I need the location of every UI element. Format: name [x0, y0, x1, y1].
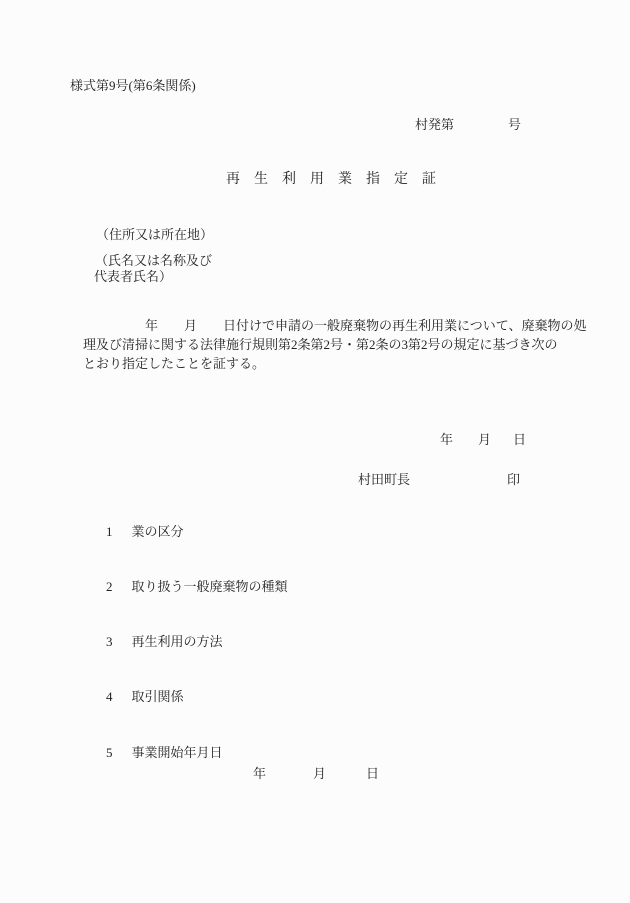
issue-number-suffix: 号 — [508, 116, 521, 133]
seal-placeholder: 印 — [507, 471, 520, 488]
page-title: 再 生 利 用 業 指 定 証 — [226, 171, 436, 189]
body-line-2: 理及び清掃に関する法律施行規則第2条第2号・第2条の3第2号の規定に基づき次の — [83, 335, 569, 354]
item-label: 取引関係 — [132, 689, 184, 704]
start-date-year-label: 年 — [253, 765, 266, 782]
body-paragraph: 年 月 日付けで申請の一般廃棄物の再生利用業について、廃棄物の処 理及び清掃に関… — [83, 316, 569, 373]
recipient-name-label-line2: 代表者氏名） — [94, 268, 172, 285]
item-label: 再生利用の方法 — [132, 634, 223, 649]
issue-date-month-label: 月 — [478, 431, 491, 448]
start-date-day-label: 日 — [366, 765, 379, 782]
item-number: 5 — [106, 745, 113, 760]
item-label: 事業開始年月日 — [132, 745, 223, 760]
issue-date-day-label: 日 — [513, 431, 526, 448]
body-line-1: 年 月 日付けで申請の一般廃棄物の再生利用業について、廃棄物の処 — [83, 316, 569, 335]
item-number: 4 — [106, 689, 113, 704]
list-item: 4取引関係 — [93, 671, 184, 722]
issuer-name: 村田町長 — [358, 471, 410, 488]
item-number: 2 — [106, 579, 113, 594]
issue-number-prefix: 村発第 — [415, 116, 454, 133]
body-line-3: とおり指定したことを証する。 — [83, 354, 569, 373]
form-number: 様式第9号(第6条関係) — [70, 77, 196, 94]
recipient-address-label: （住所又は所在地） — [96, 226, 213, 243]
item-label: 取り扱う一般廃棄物の種類 — [132, 579, 288, 594]
start-date-month-label: 月 — [313, 765, 326, 782]
recipient-name-label-line1: （氏名又は名称及び — [95, 252, 212, 269]
item-label: 業の区分 — [132, 524, 184, 539]
item-number: 3 — [106, 634, 113, 649]
list-item: 5事業開始年月日 — [93, 727, 223, 778]
list-item: 3再生利用の方法 — [93, 616, 223, 667]
item-number: 1 — [106, 524, 113, 539]
issue-date-year-label: 年 — [440, 431, 453, 448]
list-item: 1業の区分 — [93, 506, 184, 557]
list-item: 2取り扱う一般廃棄物の種類 — [93, 561, 288, 612]
certificate-page: 様式第9号(第6条関係) 村発第 号 再 生 利 用 業 指 定 証 （住所又は… — [0, 0, 630, 903]
